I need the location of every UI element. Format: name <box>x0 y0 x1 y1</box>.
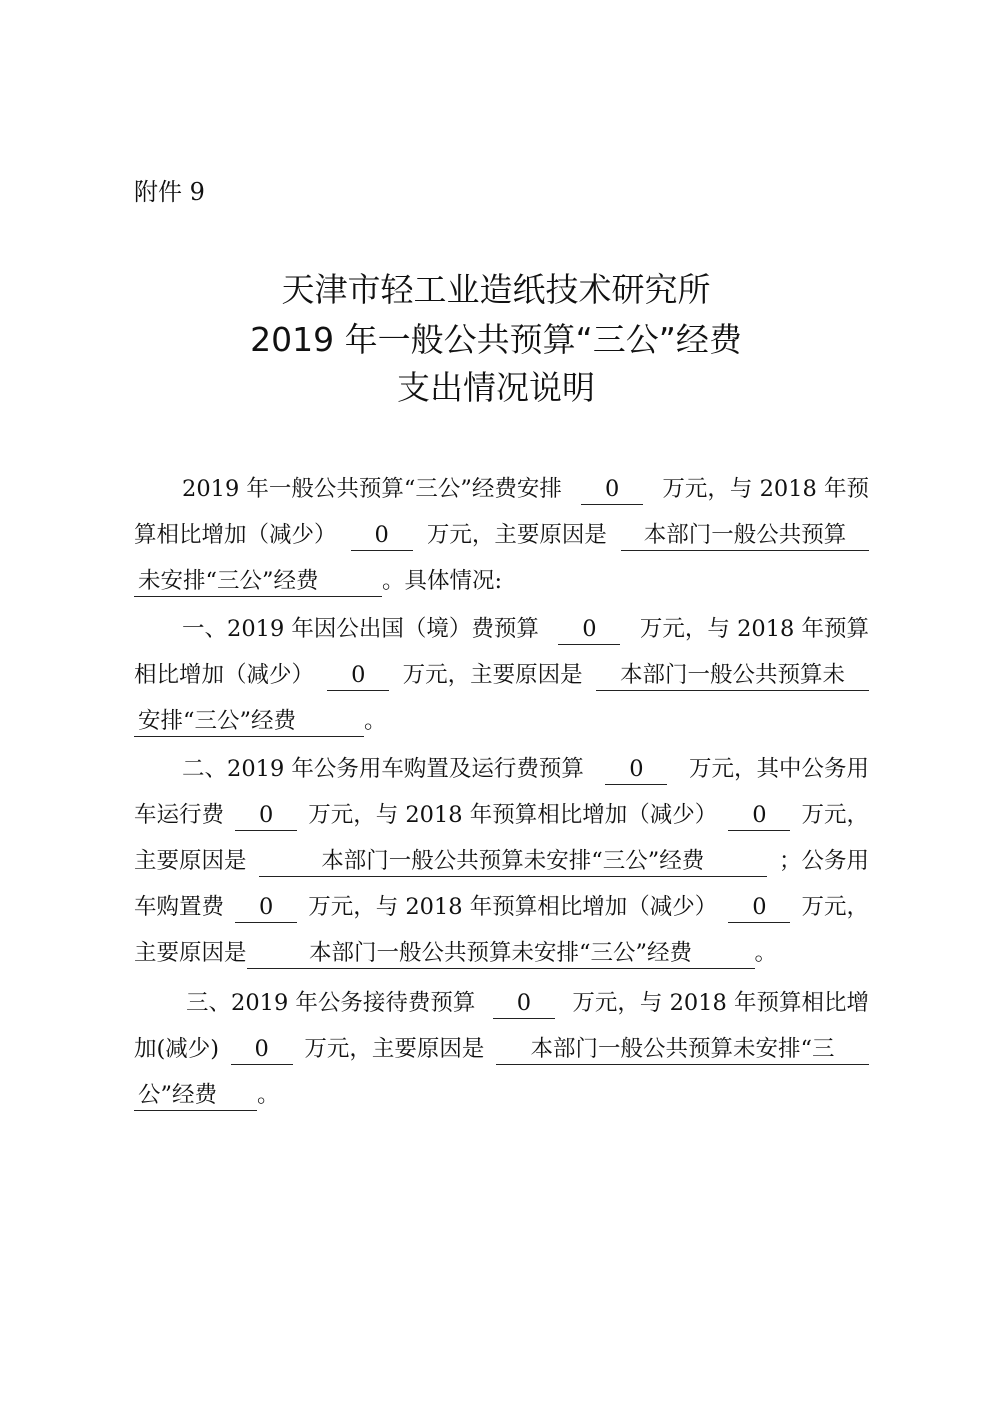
overseas-change-value: 0 <box>327 660 389 691</box>
section1-line-1: 一、2019 年因公出国（境）费预算 0 万元，与 2018 年预算 <box>182 612 869 646</box>
text: 万元，与 2018 年预算相比增加（减少） <box>308 798 717 832</box>
text: 车购置费 <box>134 890 224 924</box>
vehicle-operation-value: 0 <box>235 800 297 831</box>
section3-line-3: 公”经费 。 <box>134 1078 869 1112</box>
text: 万元，与 2018 年预算相比增 <box>572 986 869 1020</box>
total-change-value: 0 <box>351 520 413 551</box>
title-line-3: 支出情况说明 <box>0 366 992 410</box>
vehicle-purchase-value: 0 <box>235 892 297 923</box>
reason-text: 本部门一般公共预算未安排“三 <box>496 1034 869 1065</box>
vehicle-budget-value: 0 <box>605 754 667 785</box>
section2-line-3: 主要原因是 本部门一般公共预算未安排“三公”经费 ；公务用 <box>134 844 869 878</box>
reception-budget-value: 0 <box>493 988 555 1019</box>
text: 万元，主要原因是 <box>403 658 583 692</box>
intro-line-3: 未安排“三公”经费 。具体情况: <box>134 564 869 598</box>
text: 万元， <box>801 798 869 832</box>
text: 2019 年一般公共预算“三公”经费安排 <box>182 472 562 506</box>
text: 相比增加（减少） <box>134 658 314 692</box>
text: 车运行费 <box>134 798 224 832</box>
section1-line-2: 相比增加（减少） 0 万元，主要原因是 本部门一般公共预算未 <box>134 658 869 692</box>
text: 。 <box>755 936 778 970</box>
vehicle-purchase-change-value: 0 <box>728 892 790 923</box>
section2-line-4: 车购置费 0 万元，与 2018 年预算相比增加（减少） 0 万元， <box>134 890 869 924</box>
text: 三、2019 年公务接待费预算 <box>186 986 475 1020</box>
section2-line-2: 车运行费 0 万元，与 2018 年预算相比增加（减少） 0 万元， <box>134 798 869 832</box>
text: 二、2019 年公务用车购置及运行费预算 <box>182 752 584 786</box>
overseas-budget-value: 0 <box>558 614 620 645</box>
section3-line-1: 三、2019 年公务接待费预算 0 万元，与 2018 年预算相比增 <box>186 986 869 1020</box>
intro-line-1: 2019 年一般公共预算“三公”经费安排 0 万元，与 2018 年预 <box>182 472 869 506</box>
reason-text: 本部门一般公共预算未安排“三公”经费 <box>259 846 767 877</box>
section1-line-3: 安排“三公”经费 。 <box>134 704 869 738</box>
text: 万元， <box>801 890 869 924</box>
text: 。 <box>257 1078 280 1112</box>
section3-line-2: 加(减少) 0 万元，主要原因是 本部门一般公共预算未安排“三 <box>134 1032 869 1066</box>
attachment-label: 附件 9 <box>134 176 205 208</box>
reception-change-value: 0 <box>231 1034 293 1065</box>
section2-line-1: 二、2019 年公务用车购置及运行费预算 0 万元，其中公务用 <box>182 752 869 786</box>
text: 加(减少) <box>134 1032 219 1066</box>
reason-text: 未安排“三公”经费 <box>134 566 382 597</box>
total-budget-value: 0 <box>581 474 643 505</box>
text: 万元，其中公务用 <box>689 752 869 786</box>
section2-line-5: 主要原因是 本部门一般公共预算未安排“三公”经费 。 <box>134 936 869 970</box>
reason-text: 本部门一般公共预算 <box>621 520 869 551</box>
text: 。具体情况: <box>382 564 502 598</box>
title-line-2: 2019 年一般公共预算“三公”经费 <box>0 318 992 362</box>
title-line-1: 天津市轻工业造纸技术研究所 <box>0 268 992 312</box>
text: 万元，与 2018 年预算 <box>640 612 869 646</box>
document-page: 附件 9 天津市轻工业造纸技术研究所 2019 年一般公共预算“三公”经费 支出… <box>0 0 992 1403</box>
reason-text: 本部门一般公共预算未 <box>596 660 869 691</box>
text: 主要原因是 <box>134 936 247 970</box>
vehicle-operation-change-value: 0 <box>728 800 790 831</box>
text: ；公务用 <box>779 844 869 878</box>
text: 主要原因是 <box>134 844 247 878</box>
text: 。 <box>364 704 387 738</box>
text: 算相比增加（减少） <box>134 518 337 552</box>
text: 万元，与 2018 年预 <box>662 472 869 506</box>
reason-text: 安排“三公”经费 <box>134 706 364 737</box>
reason-text: 公”经费 <box>134 1080 257 1111</box>
text: 一、2019 年因公出国（境）费预算 <box>182 612 539 646</box>
intro-line-2: 算相比增加（减少） 0 万元，主要原因是 本部门一般公共预算 <box>134 518 869 552</box>
reason-text: 本部门一般公共预算未安排“三公”经费 <box>247 938 755 969</box>
text: 万元，主要原因是 <box>304 1032 484 1066</box>
text: 万元，主要原因是 <box>427 518 607 552</box>
text: 万元，与 2018 年预算相比增加（减少） <box>308 890 717 924</box>
